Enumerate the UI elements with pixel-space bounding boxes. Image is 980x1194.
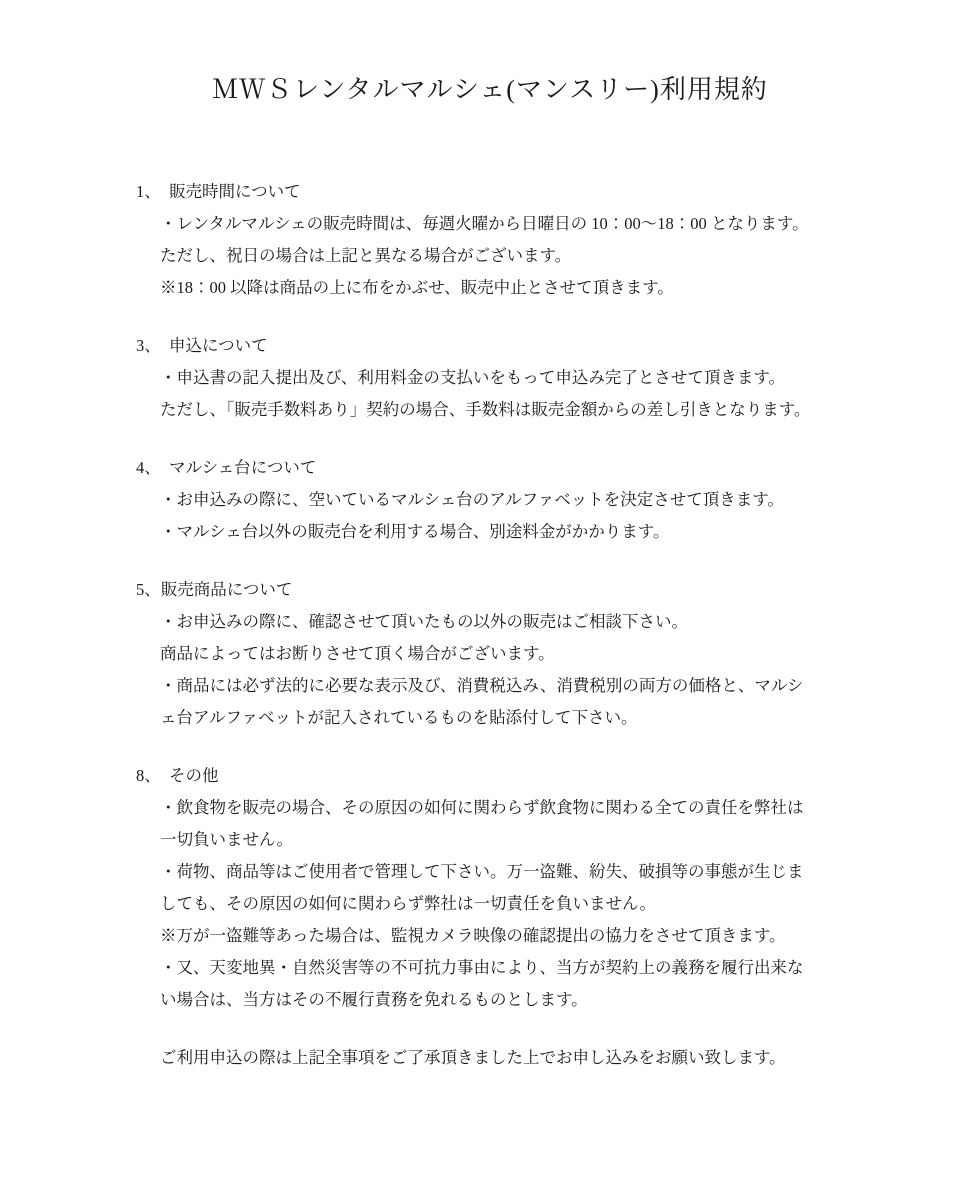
section-heading: 5、販売商品について xyxy=(136,574,880,606)
terms-section: 8、 その他 ・飲食物を販売の場合、その原因の如何に関わらず飲食物に関わる全ての… xyxy=(136,760,880,1016)
terms-section: 3、 申込について ・申込書の記入提出及び、利用料金の支払いをもって申込み完了と… xyxy=(136,330,880,426)
section-line: ・レンタルマルシェの販売時間は、毎週火曜から日曜日の 10：00～18：00 と… xyxy=(136,208,880,240)
section-line: しても、その原因の如何に関わらず弊社は一切責任を負いません。 xyxy=(136,888,880,920)
section-lines: ・飲食物を販売の場合、その原因の如何に関わらず飲食物に関わる全ての責任を弊社は … xyxy=(136,792,880,1016)
section-heading: 1、 販売時間について xyxy=(136,176,880,208)
terms-section: 5、販売商品について ・お申込みの際に、確認させて頂いたもの以外の販売はご相談下… xyxy=(136,574,880,734)
section-line: い場合は、当方はその不履行責務を免れるものとします。 xyxy=(136,984,880,1016)
section-line: ・お申込みの際に、確認させて頂いたもの以外の販売はご相談下さい。 xyxy=(136,606,880,638)
terms-document-page: ＭＷＳレンタルマルシェ(マンスリー)利用規約 1、 販売時間について ・レンタル… xyxy=(0,0,980,1194)
section-heading: 4、 マルシェ台について xyxy=(136,452,880,484)
terms-sections: 1、 販売時間について ・レンタルマルシェの販売時間は、毎週火曜から日曜日の 1… xyxy=(136,176,880,1016)
section-line: ・マルシェ台以外の販売台を利用する場合、別途料金がかかります。 xyxy=(136,516,880,548)
section-line: ※万が一盗難等あった場合は、監視カメラ映像の確認提出の協力をさせて頂きます。 xyxy=(136,920,880,952)
section-line: ※18：00 以降は商品の上に布をかぶせ、販売中止とさせて頂きます。 xyxy=(136,272,880,304)
section-line: ェ台アルファベットが記入されているものを貼添付して下さい。 xyxy=(136,702,880,734)
section-line: ただし、祝日の場合は上記と異なる場合がございます。 xyxy=(136,240,880,272)
section-line: ・商品には必ず法的に必要な表示及び、消費税込み、消費税別の両方の価格と、マルシ xyxy=(136,670,880,702)
section-heading: 8、 その他 xyxy=(136,760,880,792)
section-line: ・お申込みの際に、空いているマルシェ台のアルファベットを決定させて頂きます。 xyxy=(136,484,880,516)
section-line: ・荷物、商品等はご使用者で管理して下さい。万一盗難、紛失、破損等の事態が生じま xyxy=(136,856,880,888)
terms-section: 4、 マルシェ台について ・お申込みの際に、空いているマルシェ台のアルファベット… xyxy=(136,452,880,548)
section-line: 商品によってはお断りさせて頂く場合がございます。 xyxy=(136,638,880,670)
closing-note: ご利用申込の際は上記全事項をご了承頂きました上でお申し込みをお願い致します。 xyxy=(136,1042,880,1074)
section-line: ・又、天変地異・自然災害等の不可抗力事由により、当方が契約上の義務を履行出来な xyxy=(136,952,880,984)
section-lines: ・お申込みの際に、確認させて頂いたもの以外の販売はご相談下さい。 商品によっては… xyxy=(136,606,880,734)
section-heading: 3、 申込について xyxy=(136,330,880,362)
page-title: ＭＷＳレンタルマルシェ(マンスリー)利用規約 xyxy=(0,70,980,110)
section-lines: ・レンタルマルシェの販売時間は、毎週火曜から日曜日の 10：00～18：00 と… xyxy=(136,208,880,304)
section-line: ・申込書の記入提出及び、利用料金の支払いをもって申込み完了とさせて頂きます。 xyxy=(136,362,880,394)
section-line: ・飲食物を販売の場合、その原因の如何に関わらず飲食物に関わる全ての責任を弊社は xyxy=(136,792,880,824)
section-line: 一切負いません。 xyxy=(136,824,880,856)
section-line: ただし、「販売手数料あり」契約の場合、手数料は販売金額からの差し引きとなります。 xyxy=(136,394,880,426)
section-lines: ・お申込みの際に、空いているマルシェ台のアルファベットを決定させて頂きます。 ・… xyxy=(136,484,880,548)
terms-section: 1、 販売時間について ・レンタルマルシェの販売時間は、毎週火曜から日曜日の 1… xyxy=(136,176,880,304)
section-lines: ・申込書の記入提出及び、利用料金の支払いをもって申込み完了とさせて頂きます。 た… xyxy=(136,362,880,426)
